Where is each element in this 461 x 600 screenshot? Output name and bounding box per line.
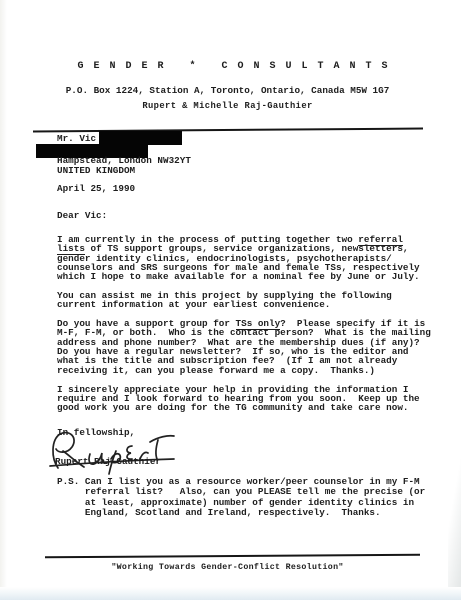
letter-body: I am currently in the process of putting… [57, 235, 431, 422]
header-rule [33, 128, 423, 133]
recipient-name: Mr. Vic [57, 133, 96, 144]
salutation: Dear Vic: [57, 210, 107, 221]
body-paragraph: I am currently in the process of putting… [57, 235, 431, 282]
recipient-country: UNITED KINGDOM [57, 165, 135, 176]
body-line: good work you are doing for the TG commu… [57, 403, 431, 412]
body-line: which I hope to make available for a nom… [57, 272, 431, 281]
body-paragraph: Do you have a support group for TSs only… [57, 319, 431, 375]
scan-left-edge [0, 0, 7, 600]
body-paragraph: I sincerely appreciate your help in prov… [57, 385, 431, 413]
body-line: receiving it, can you please forward me … [57, 366, 431, 375]
body-line: current information at your earliest con… [57, 300, 431, 309]
scan-bottom-edge [0, 587, 461, 600]
handwritten-signature [48, 428, 198, 476]
scanned-letter-page: GENDER * CONSULTANTS P.O. Box 1224, Stat… [0, 0, 461, 600]
postscript: P.S. Can I list you as a resource worker… [57, 477, 425, 518]
footer-slogan: "Working Towards Gender-Conflict Resolut… [0, 563, 455, 572]
letterhead-title: GENDER * CONSULTANTS [0, 61, 461, 72]
redaction-bar-1 [99, 131, 182, 145]
letter-date: April 25, 1990 [57, 183, 135, 194]
body-paragraph: You can assist me in this project by sup… [57, 291, 431, 310]
signed-name: Rupert Raj-Gauthier [55, 456, 161, 467]
letterhead-address: P.O. Box 1224, Station A, Toronto, Ontar… [0, 85, 455, 96]
footer-rule [45, 554, 420, 559]
letterhead-proprietors: Rupert & Michelle Raj-Gauthier [0, 101, 455, 111]
postscript-line: England, Scotland and Ireland, respectiv… [57, 508, 425, 518]
scan-corner-edge [448, 430, 461, 600]
